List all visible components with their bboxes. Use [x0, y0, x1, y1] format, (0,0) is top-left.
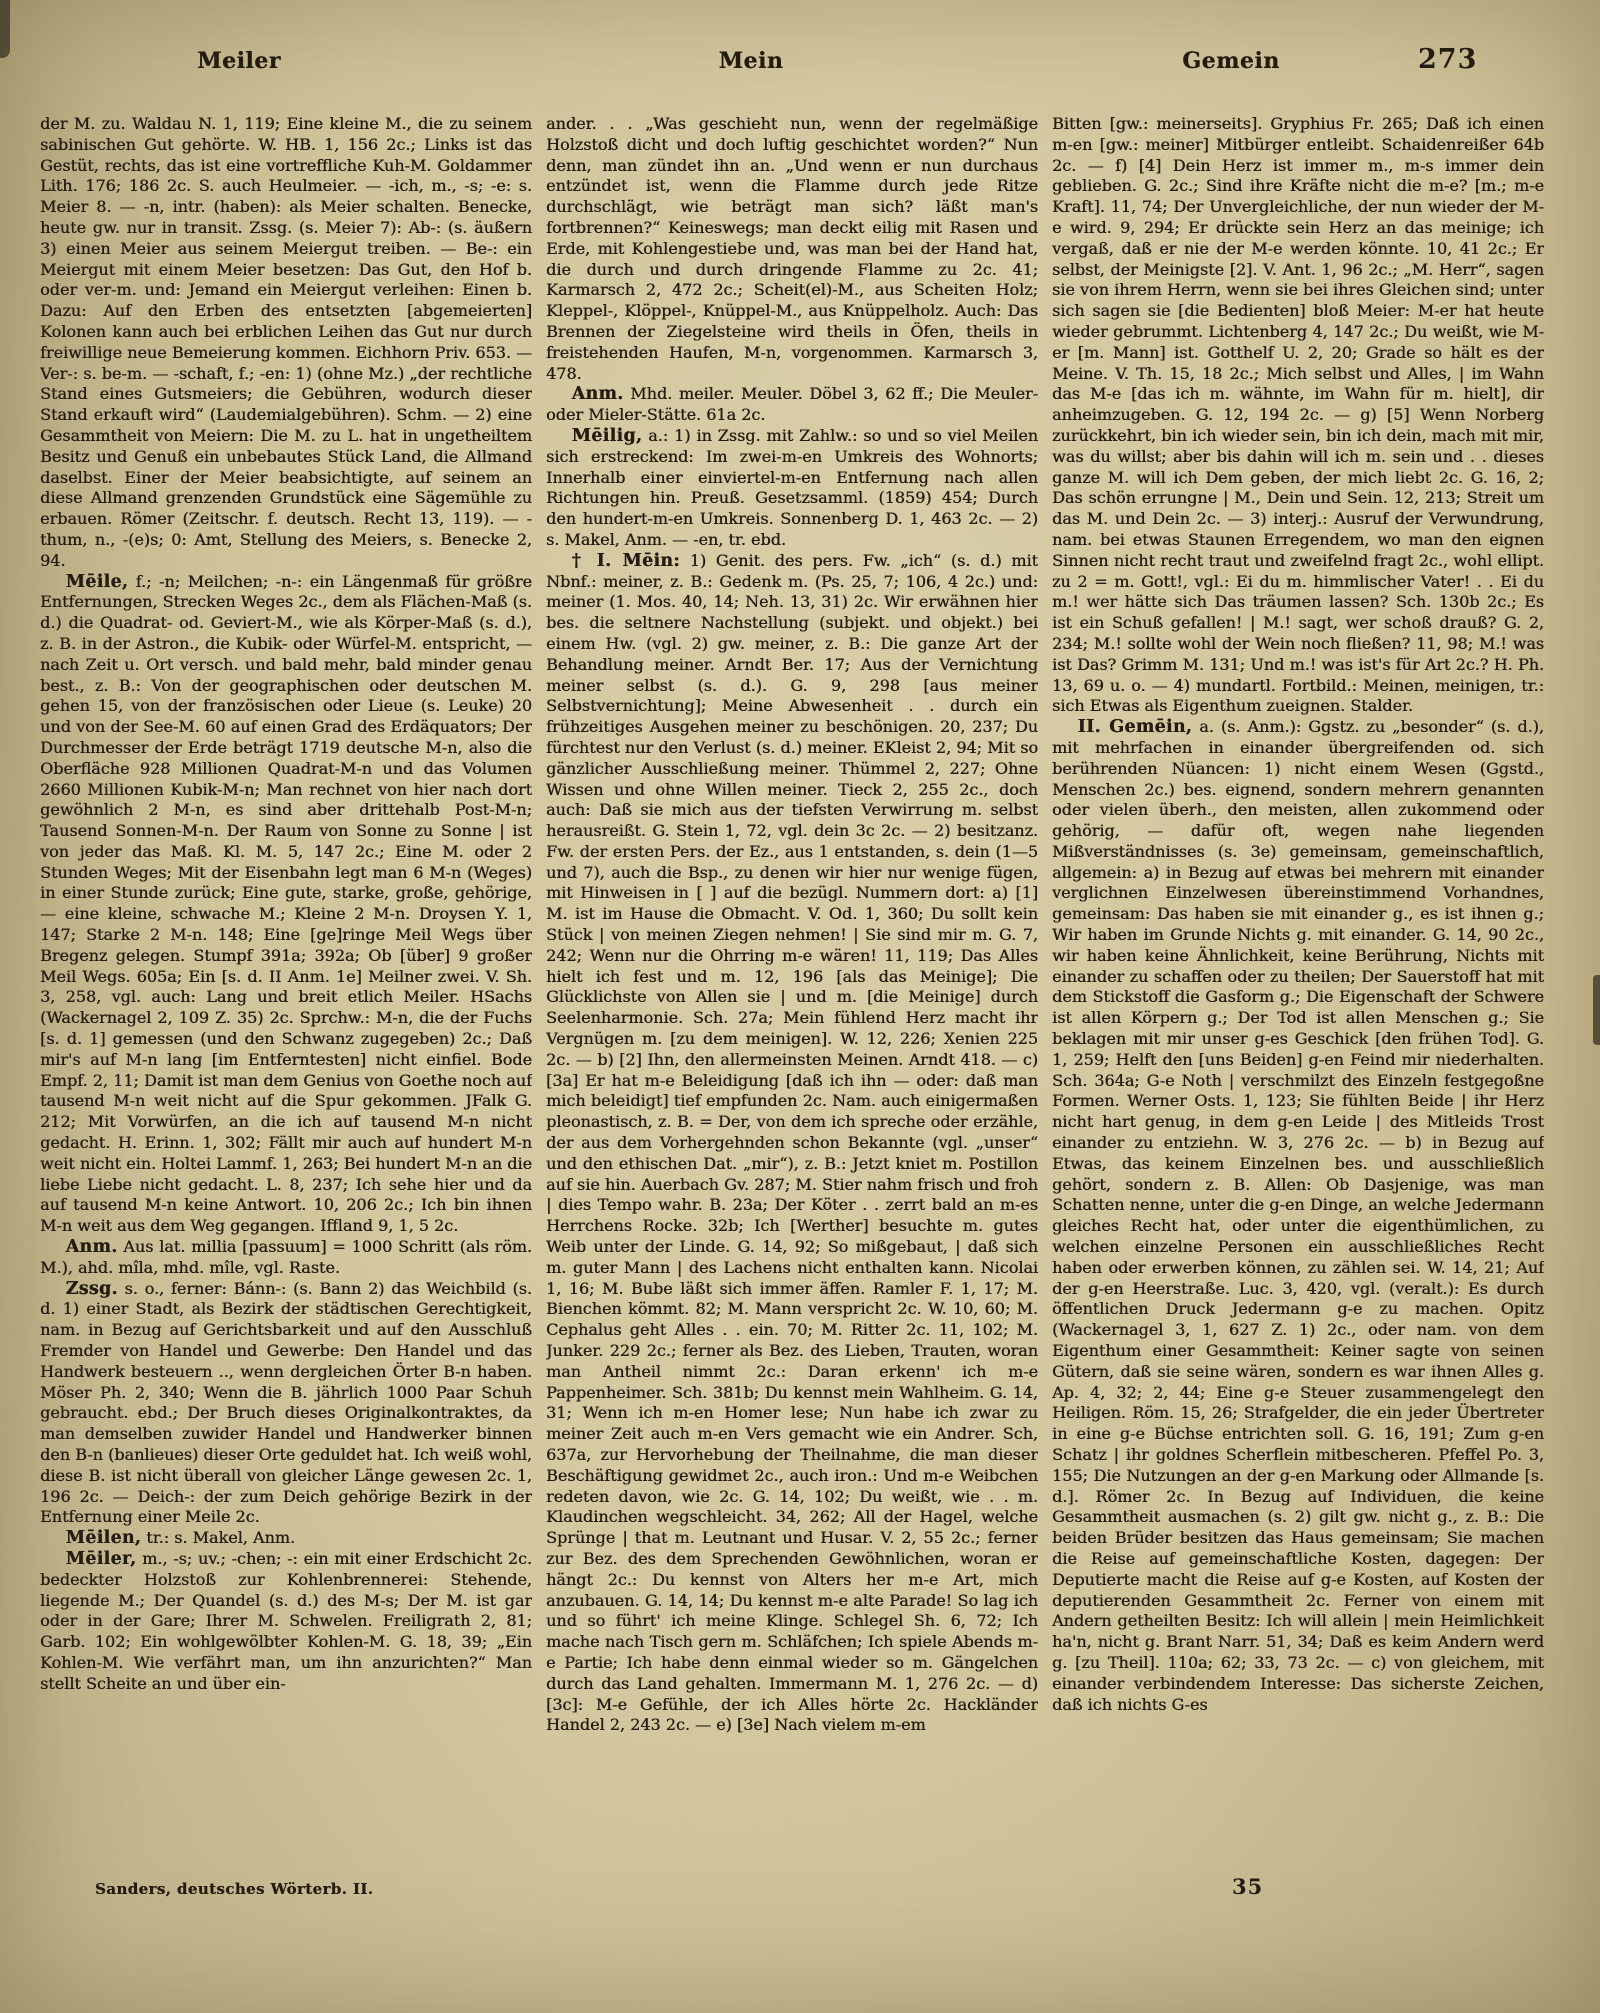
page-number: 273	[1418, 44, 1477, 75]
sheet-signature: 35	[1232, 1874, 1263, 1899]
entry-meiler-anm: Anm. Mhd. meiler. Meuler. Döbel 3, 62 ff…	[546, 384, 1038, 426]
entry-meiler: Mēiler, m., -s; uv.; -chen; -: ein mit e…	[40, 1549, 532, 1695]
scan-artifact-corner	[0, 0, 10, 58]
headword-meilig: Mēilig,	[572, 426, 643, 446]
entry-meile: Mēile, f.; -n; Meilchen; -n-: ein Längen…	[40, 572, 532, 1238]
headword-meilen: Mēilen,	[66, 1528, 142, 1548]
headword-meiler: Mēiler,	[66, 1549, 137, 1569]
column-2: ander. . . „Was geschieht nun, wenn der …	[546, 114, 1038, 1882]
entry-meilen: Mēilen, tr.: s. Makel, Anm.	[40, 1528, 532, 1549]
entry-mein: † I. Mēin: 1) Genit. des pers. Fw. „ich“…	[546, 551, 1038, 1736]
entry-meile-anm: Anm. Aus lat. millia [passuum] = 1000 Sc…	[40, 1237, 532, 1279]
headword-meile: Mēile,	[66, 572, 129, 592]
entry-meilig: Mēilig, a.: 1) in Zssg. mit Zahlw.: so u…	[546, 426, 1038, 551]
headword-gemein: II. Gemēin,	[1078, 717, 1193, 737]
label-anm: Anm.	[572, 384, 624, 404]
entry-gemein: II. Gemēin, a. (s. Anm.): Ggstz. zu „bes…	[1052, 717, 1544, 1715]
entry-continuation-mein: Bitten [gw.: meinerseits]. Gryphius Fr. …	[1052, 114, 1544, 717]
headword-mein: † I. Mēin:	[572, 551, 680, 571]
running-head-right: Gemein	[1182, 48, 1279, 74]
label-anm: Anm.	[66, 1237, 118, 1257]
volume-footer: Sanders, deutsches Wörterb. II.	[95, 1880, 373, 1898]
entry-continuation-meiler: ander. . . „Was geschieht nun, wenn der …	[546, 114, 1038, 384]
column-3: Bitten [gw.: meinerseits]. Gryphius Fr. …	[1052, 114, 1544, 1882]
scan-artifact-edge	[1593, 975, 1600, 1045]
text-columns: der M. zu. Waldau N. 1, 119; Eine kleine…	[40, 114, 1544, 1882]
entry-meile-zssg: Zssg. s. o., ferner: Bánn-: (s. Bann 2) …	[40, 1279, 532, 1529]
entry-continuation-meier: der M. zu. Waldau N. 1, 119; Eine kleine…	[40, 114, 532, 572]
dictionary-scan-page: Meiler Mein Gemein 273 der M. zu. Waldau…	[0, 0, 1600, 2013]
running-head-center: Mein	[719, 48, 784, 74]
label-zssg: Zssg.	[66, 1279, 118, 1299]
column-1: der M. zu. Waldau N. 1, 119; Eine kleine…	[40, 114, 532, 1882]
running-head-left: Meiler	[197, 48, 281, 74]
